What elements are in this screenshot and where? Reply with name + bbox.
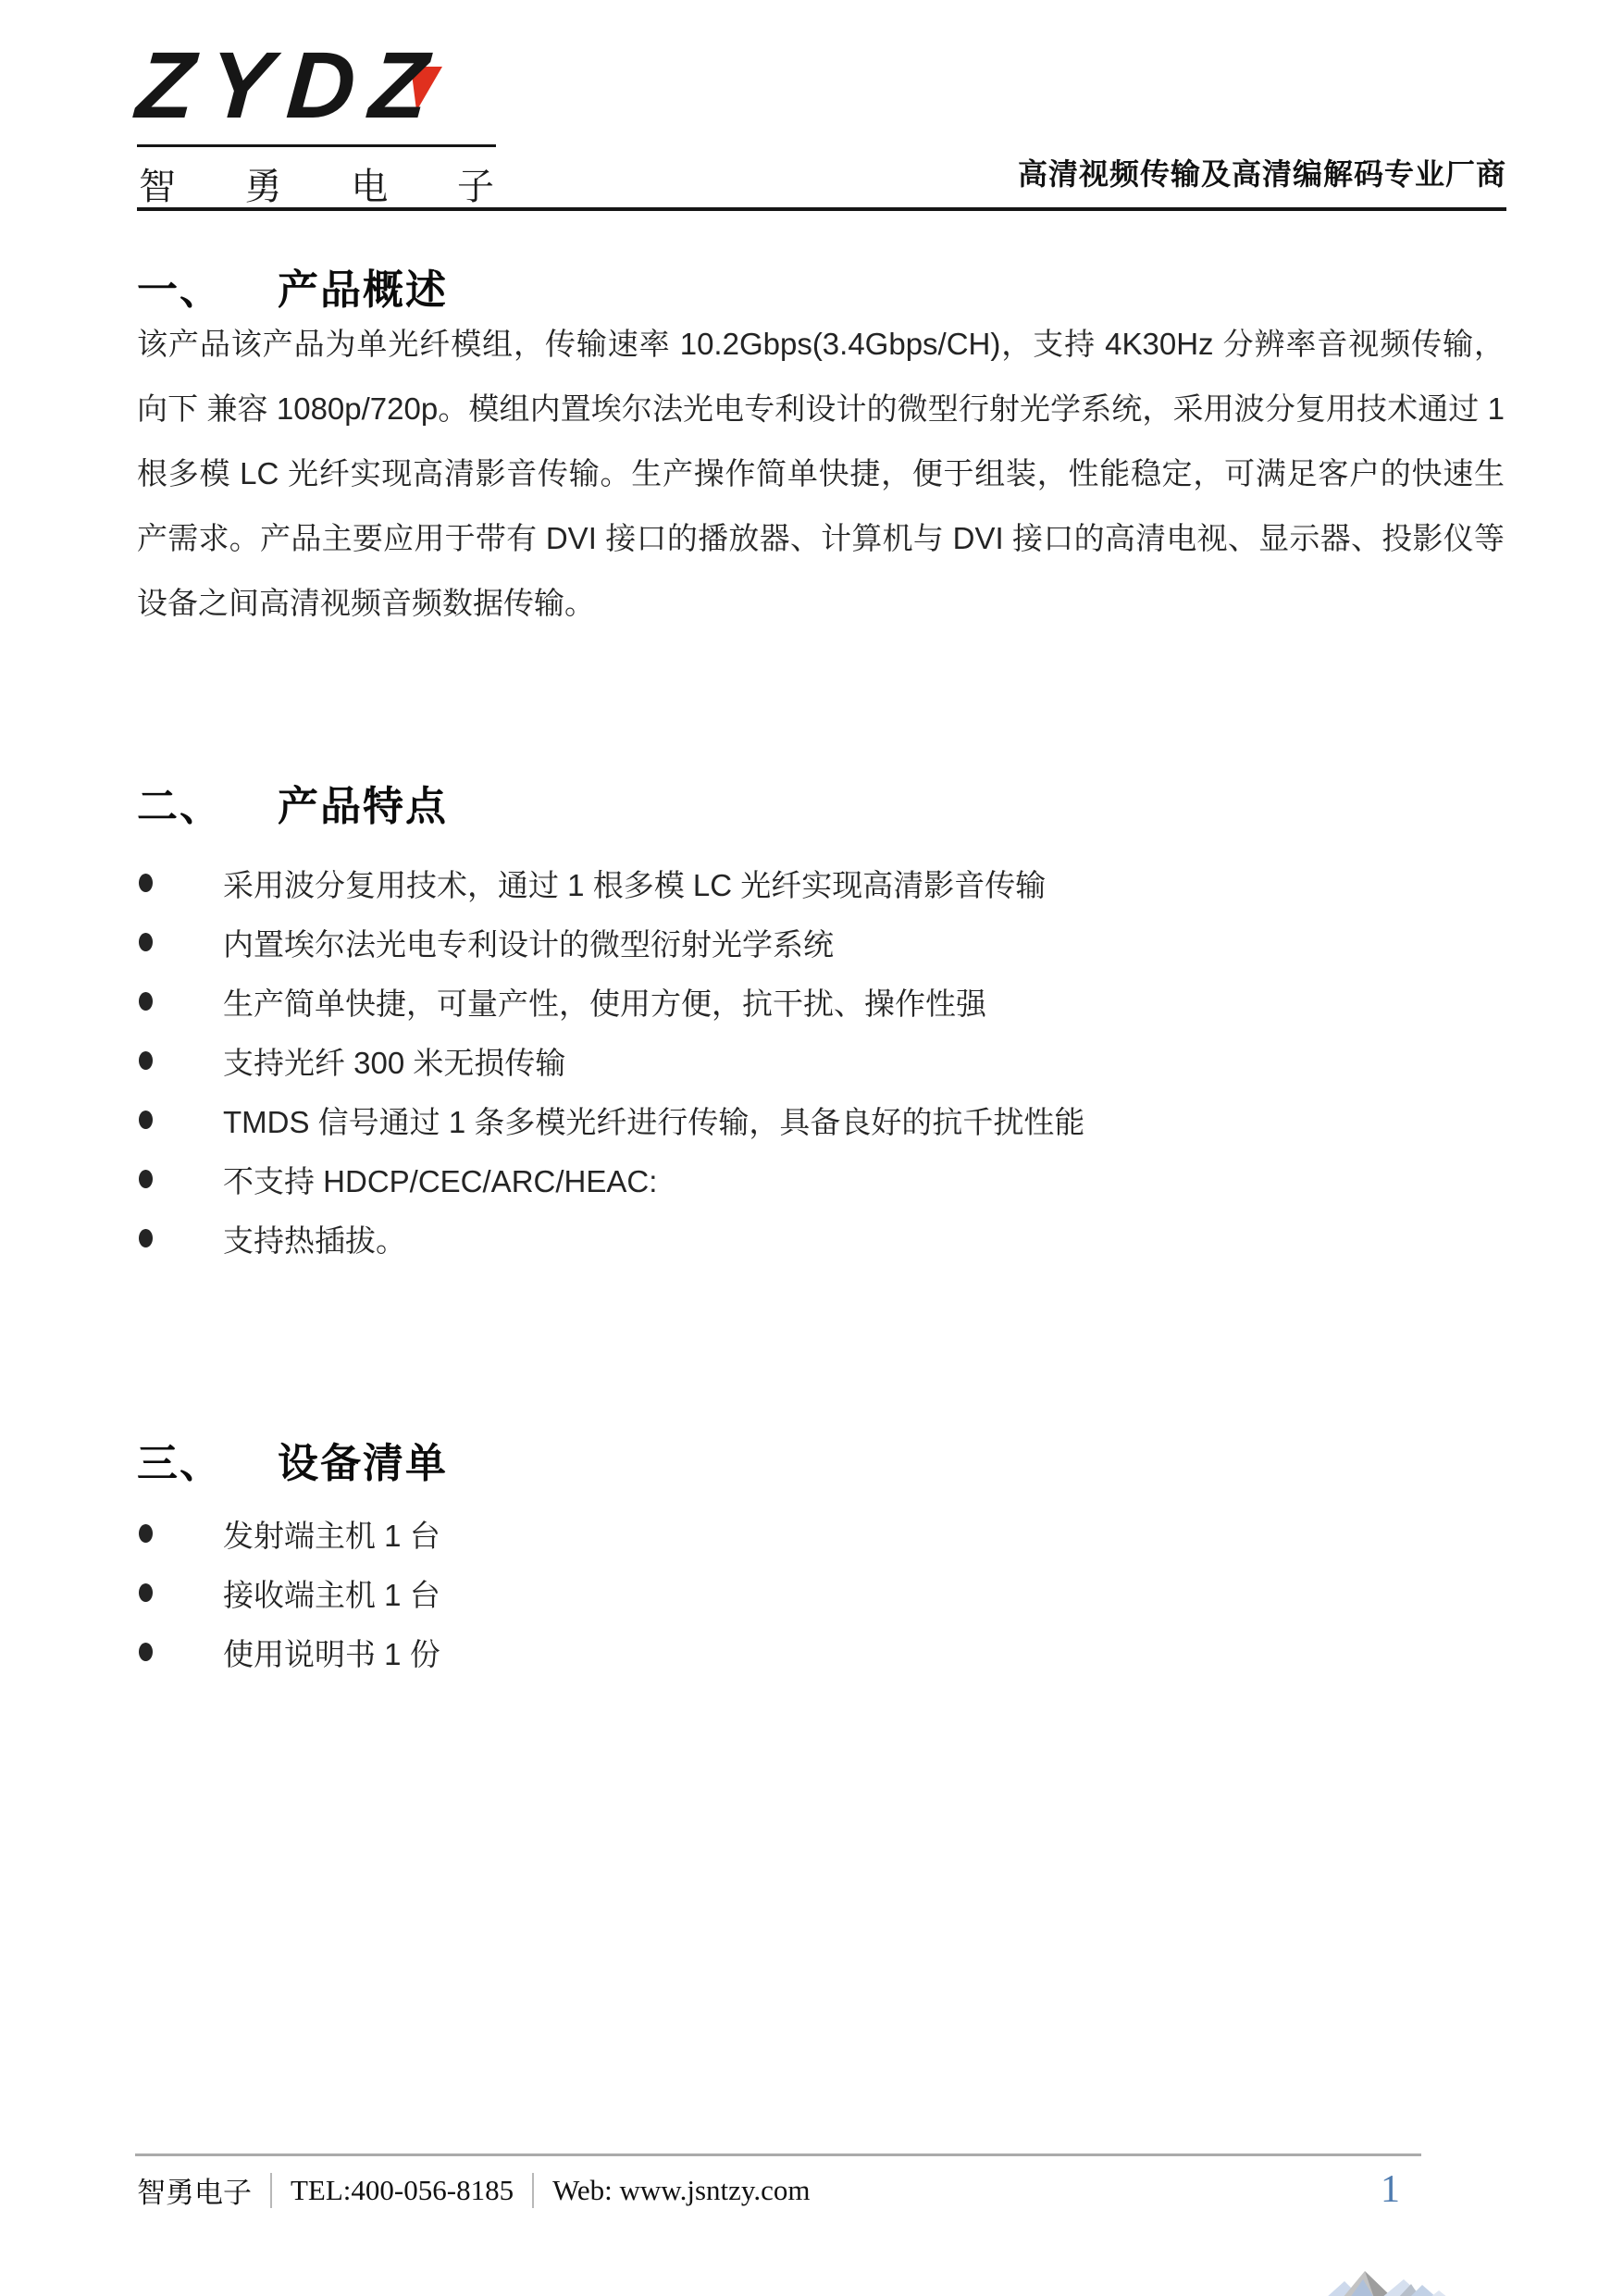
logo-subtext-char: 电 (351, 157, 388, 210)
bullet-icon (139, 1229, 153, 1247)
section-number: 一、 (137, 256, 278, 316)
list-item-text: 采用波分复用技术，通过 1 根多模 LC 光纤实现高清影音传输 (223, 862, 1046, 905)
list-item-text: 生产简单快捷，可量产性，使用方便，抗干扰、操作性强 (223, 980, 986, 1024)
list-item-text: 支持热插拔。 (223, 1217, 406, 1260)
section-features-heading: 二、产品特点 (137, 773, 448, 832)
logo-subtext-char: 智 (139, 157, 176, 210)
list-item: 使用说明书 1 份 (137, 1622, 1505, 1682)
mountain-watermark-icon (1326, 2270, 1448, 2296)
bullet-icon (139, 1111, 153, 1129)
section-title: 产品特点 (278, 784, 448, 829)
bullet-icon (139, 1170, 153, 1188)
list-item: 支持热插拔。 (137, 1209, 1505, 1268)
list-item-text: TMDS 信号通过 1 条多模光纤进行传输，具备良好的抗千扰性能 (223, 1098, 1084, 1142)
logo-subtext: 智 勇 电 子 (139, 157, 494, 210)
footer-separator (270, 2173, 272, 2208)
list-item: 接收端主机 1 台 (137, 1563, 1505, 1622)
list-item: 采用波分复用技术，通过 1 根多模 LC 光纤实现高清影音传输 (137, 853, 1505, 912)
bullet-icon (139, 933, 153, 951)
list-item-text: 接收端主机 1 台 (223, 1571, 440, 1615)
footer-company: 智勇电子 (137, 2169, 252, 2211)
logo-subtext-char: 子 (457, 157, 494, 210)
section-title: 产品概述 (278, 267, 448, 313)
logo-underline (137, 144, 496, 147)
list-item: 支持光纤 300 米无损传输 (137, 1031, 1505, 1090)
list-item-text: 支持光纤 300 米无损传输 (223, 1039, 565, 1083)
overview-paragraph: 该产品该产品为单光纤模组，传输速率 10.2Gbps(3.4Gbps/CH)，支… (137, 312, 1505, 636)
page-number: 1 (1381, 2167, 1400, 2212)
footer-tel: TEL:400-056-8185 (291, 2174, 514, 2207)
list-item-text: 使用说明书 1 份 (223, 1631, 440, 1674)
document-page: ZYDZ 智 勇 电 子 高清视频传输及高清编解码专业厂商 一、产品概述 该产品… (0, 0, 1623, 2296)
equipment-list: 发射端主机 1 台 接收端主机 1 台 使用说明书 1 份 (137, 1504, 1505, 1682)
section-overview-heading: 一、产品概述 (137, 256, 448, 316)
footer-separator (532, 2173, 534, 2208)
logo-wordmark: ZYDZ (133, 35, 503, 135)
section-number: 三、 (137, 1430, 278, 1489)
footer-info: 智勇电子 TEL:400-056-8185 Web: www.jsntzy.co… (137, 2169, 811, 2211)
section-number: 二、 (137, 773, 278, 832)
list-item: 发射端主机 1 台 (137, 1504, 1505, 1563)
bullet-icon (139, 1051, 153, 1070)
bullet-icon (139, 1524, 153, 1543)
section-equipment-heading: 三、设备清单 (137, 1430, 448, 1489)
list-item-text: 发射端主机 1 台 (223, 1512, 440, 1556)
list-item-text: 不支持 HDCP/CEC/ARC/HEAC: (223, 1158, 657, 1201)
list-item-text: 内置埃尔法光电专利设计的微型衍射光学系统 (223, 921, 834, 964)
footer-web: Web: www.jsntzy.com (552, 2174, 810, 2207)
bullet-icon (139, 874, 153, 892)
logo-subtext-char: 勇 (245, 157, 282, 210)
header-divider (137, 207, 1506, 211)
features-list: 采用波分复用技术，通过 1 根多模 LC 光纤实现高清影音传输 内置埃尔法光电专… (137, 853, 1505, 1268)
list-item: 生产简单快捷，可量产性，使用方便，抗干扰、操作性强 (137, 972, 1505, 1031)
list-item: 内置埃尔法光电专利设计的微型衍射光学系统 (137, 912, 1505, 972)
section-title: 设备清单 (278, 1441, 448, 1486)
company-logo: ZYDZ 智 勇 电 子 (137, 35, 500, 135)
bullet-icon (139, 992, 153, 1011)
bullet-icon (139, 1643, 153, 1661)
list-item: 不支持 HDCP/CEC/ARC/HEAC: (137, 1149, 1505, 1209)
list-item: TMDS 信号通过 1 条多模光纤进行传输，具备良好的抗千扰性能 (137, 1090, 1505, 1149)
bullet-icon (139, 1583, 153, 1602)
footer-divider (135, 2153, 1421, 2156)
header-tagline: 高清视频传输及高清编解码专业厂商 (1018, 151, 1506, 193)
